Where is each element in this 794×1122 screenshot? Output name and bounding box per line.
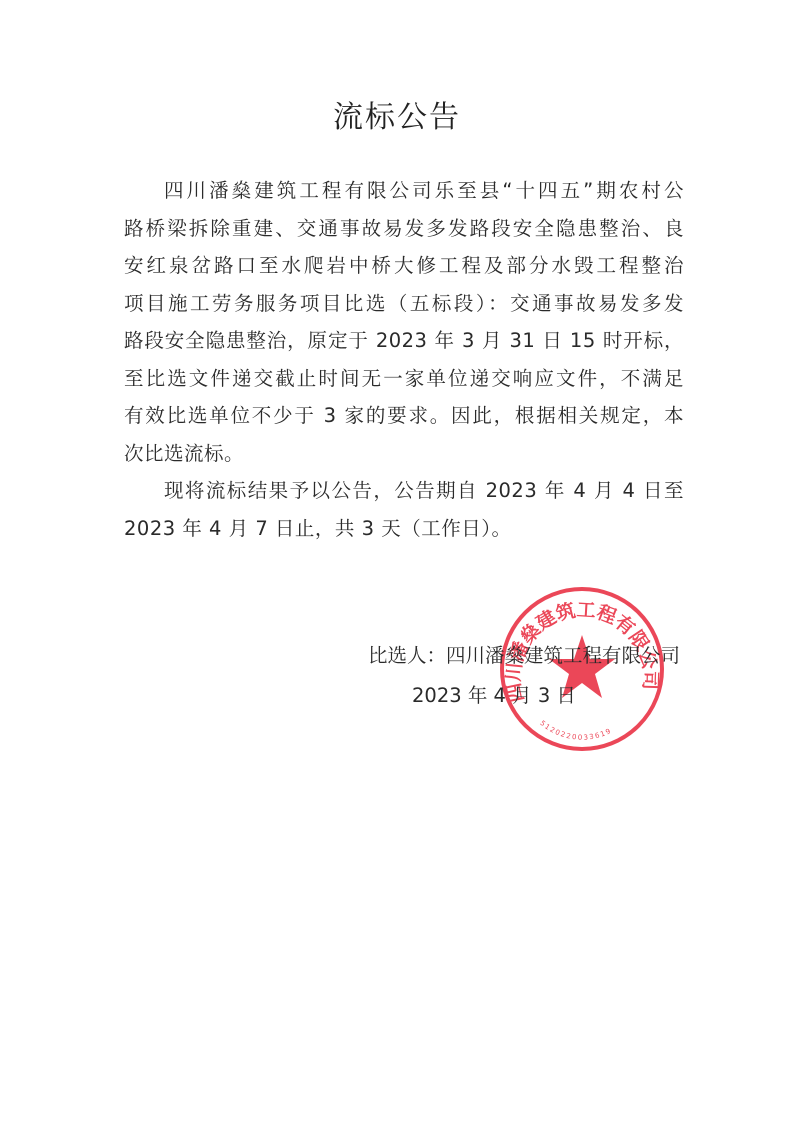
paragraph1-line: 次比选流标。 bbox=[124, 435, 684, 473]
paragraph1-line: 项目施工劳务服务项目比选（五标段）：交通事故易发多发 bbox=[124, 285, 684, 323]
document-title: 流标公告 bbox=[0, 92, 794, 136]
paragraph1-line: 路桥梁拆除重建、交通事故易发多发路段安全隐患整治、良 bbox=[124, 210, 684, 248]
paragraph2-line: 现将流标结果予以公告，公告期自 2023 年 4 月 4 日至 bbox=[124, 472, 684, 510]
svg-text:5120220033619: 5120220033619 bbox=[538, 719, 613, 742]
document-body: 四川潘燊建筑工程有限公司乐至县“十四五”期农村公 路桥梁拆除重建、交通事故易发多… bbox=[124, 172, 684, 547]
paragraph2-line: 2023 年 4 月 7 日止，共 3 天（工作日）。 bbox=[124, 510, 684, 548]
company-seal-icon: 四川潘燊建筑工程有限公司 5120220033619 bbox=[498, 585, 666, 753]
signature-date: 2023 年 4 月 3 日 bbox=[412, 680, 576, 708]
signature-issuer: 比选人：四川潘燊建筑工程有限公司 bbox=[0, 640, 680, 668]
paragraph1-line: 至比选文件递交截止时间无一家单位递交响应文件，不满足 bbox=[124, 360, 684, 398]
paragraph1-line: 有效比选单位不少于 3 家的要求。因此，根据相关规定，本 bbox=[124, 397, 684, 435]
paragraph1-line: 安红泉岔路口至水爬岩中桥大修工程及部分水毁工程整治 bbox=[124, 247, 684, 285]
paragraph1-line: 路段安全隐患整治，原定于 2023 年 3 月 31 日 15 时开标， bbox=[124, 322, 684, 360]
paragraph1-line: 四川潘燊建筑工程有限公司乐至县“十四五”期农村公 bbox=[124, 172, 684, 210]
